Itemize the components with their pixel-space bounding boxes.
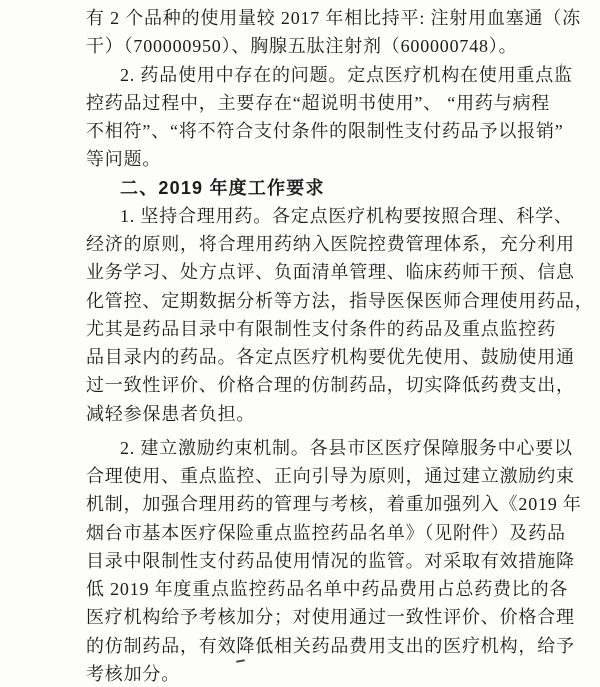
text-line: 的仿制药品，有效降低相关药品费用支出的医疗机构，给予 — [86, 632, 556, 660]
text-line: 医疗机构给予考核加分；对使用通过一致性评价、价格合理 — [86, 603, 556, 631]
text-line: 考核加分。 — [86, 660, 556, 687]
text-line: 1. 坚持合理用药。各定点医疗机构要按照合理、科学、 — [86, 202, 556, 230]
text-line: 化管控、定期数据分析等方法，指导医保医师合理使用药品， — [86, 287, 556, 315]
text-line: 减轻参保患者负担。 — [86, 400, 556, 428]
text-line: 机制，加强合理用药的管理与考核，着重加强列入《2019 年 — [86, 490, 556, 518]
text-line: 过一致性评价、价格合理的仿制药品，切实降低药费支出， — [86, 371, 556, 399]
text-line: 合理使用、重点监控、正向引导为原则，通过建立激励约束 — [86, 462, 556, 490]
text-line: 2. 药品使用中存在的问题。定点医疗机构在使用重点监 — [86, 61, 556, 89]
document-text-block: 有 2 个品种的使用量较 2017 年相比持平: 注射用血塞通（冻干）（7000… — [86, 4, 556, 687]
text-line: 烟台市基本医疗保险重点监控药品名单》（见附件）及药品 — [86, 519, 556, 547]
text-line: 干）（700000950）、胸腺五肽注射剂（600000748）。 — [86, 32, 556, 60]
text-line: 业务学习、处方点评、负面清单管理、临床药师干预、信息 — [86, 258, 556, 286]
section-heading: 二、2019 年度工作要求 — [86, 174, 556, 202]
text-line: 低 2019 年度重点监控药品名单中药品费用占总药费比的各 — [86, 575, 556, 603]
document-page: 有 2 个品种的使用量较 2017 年相比持平: 注射用血塞通（冻干）（7000… — [0, 0, 600, 687]
text-line: 尤其是药品目录中有限制性支付条件的药品及重点监控药 — [86, 315, 556, 343]
text-line: 控药品过程中，主要存在“超说明书使用”、 “用药与病程 — [86, 89, 556, 117]
text-line: 品目录内的药品。各定点医疗机构要优先使用、鼓励使用通 — [86, 343, 556, 371]
text-line: 有 2 个品种的使用量较 2017 年相比持平: 注射用血塞通（冻 — [86, 4, 556, 32]
text-line: 不相符”、“将不符合支付条件的限制性支付药品予以报销” — [86, 117, 556, 145]
text-line: 经济的原则，将合理用药纳入医院控费管理体系，充分利用 — [86, 230, 556, 258]
text-line: 2. 建立激励约束机制。各县市区医疗保障服务中心要以 — [86, 434, 556, 462]
text-line: 等问题。 — [86, 145, 556, 173]
text-line: 目录中限制性支付药品使用情况的监管。对采取有效措施降 — [86, 547, 556, 575]
